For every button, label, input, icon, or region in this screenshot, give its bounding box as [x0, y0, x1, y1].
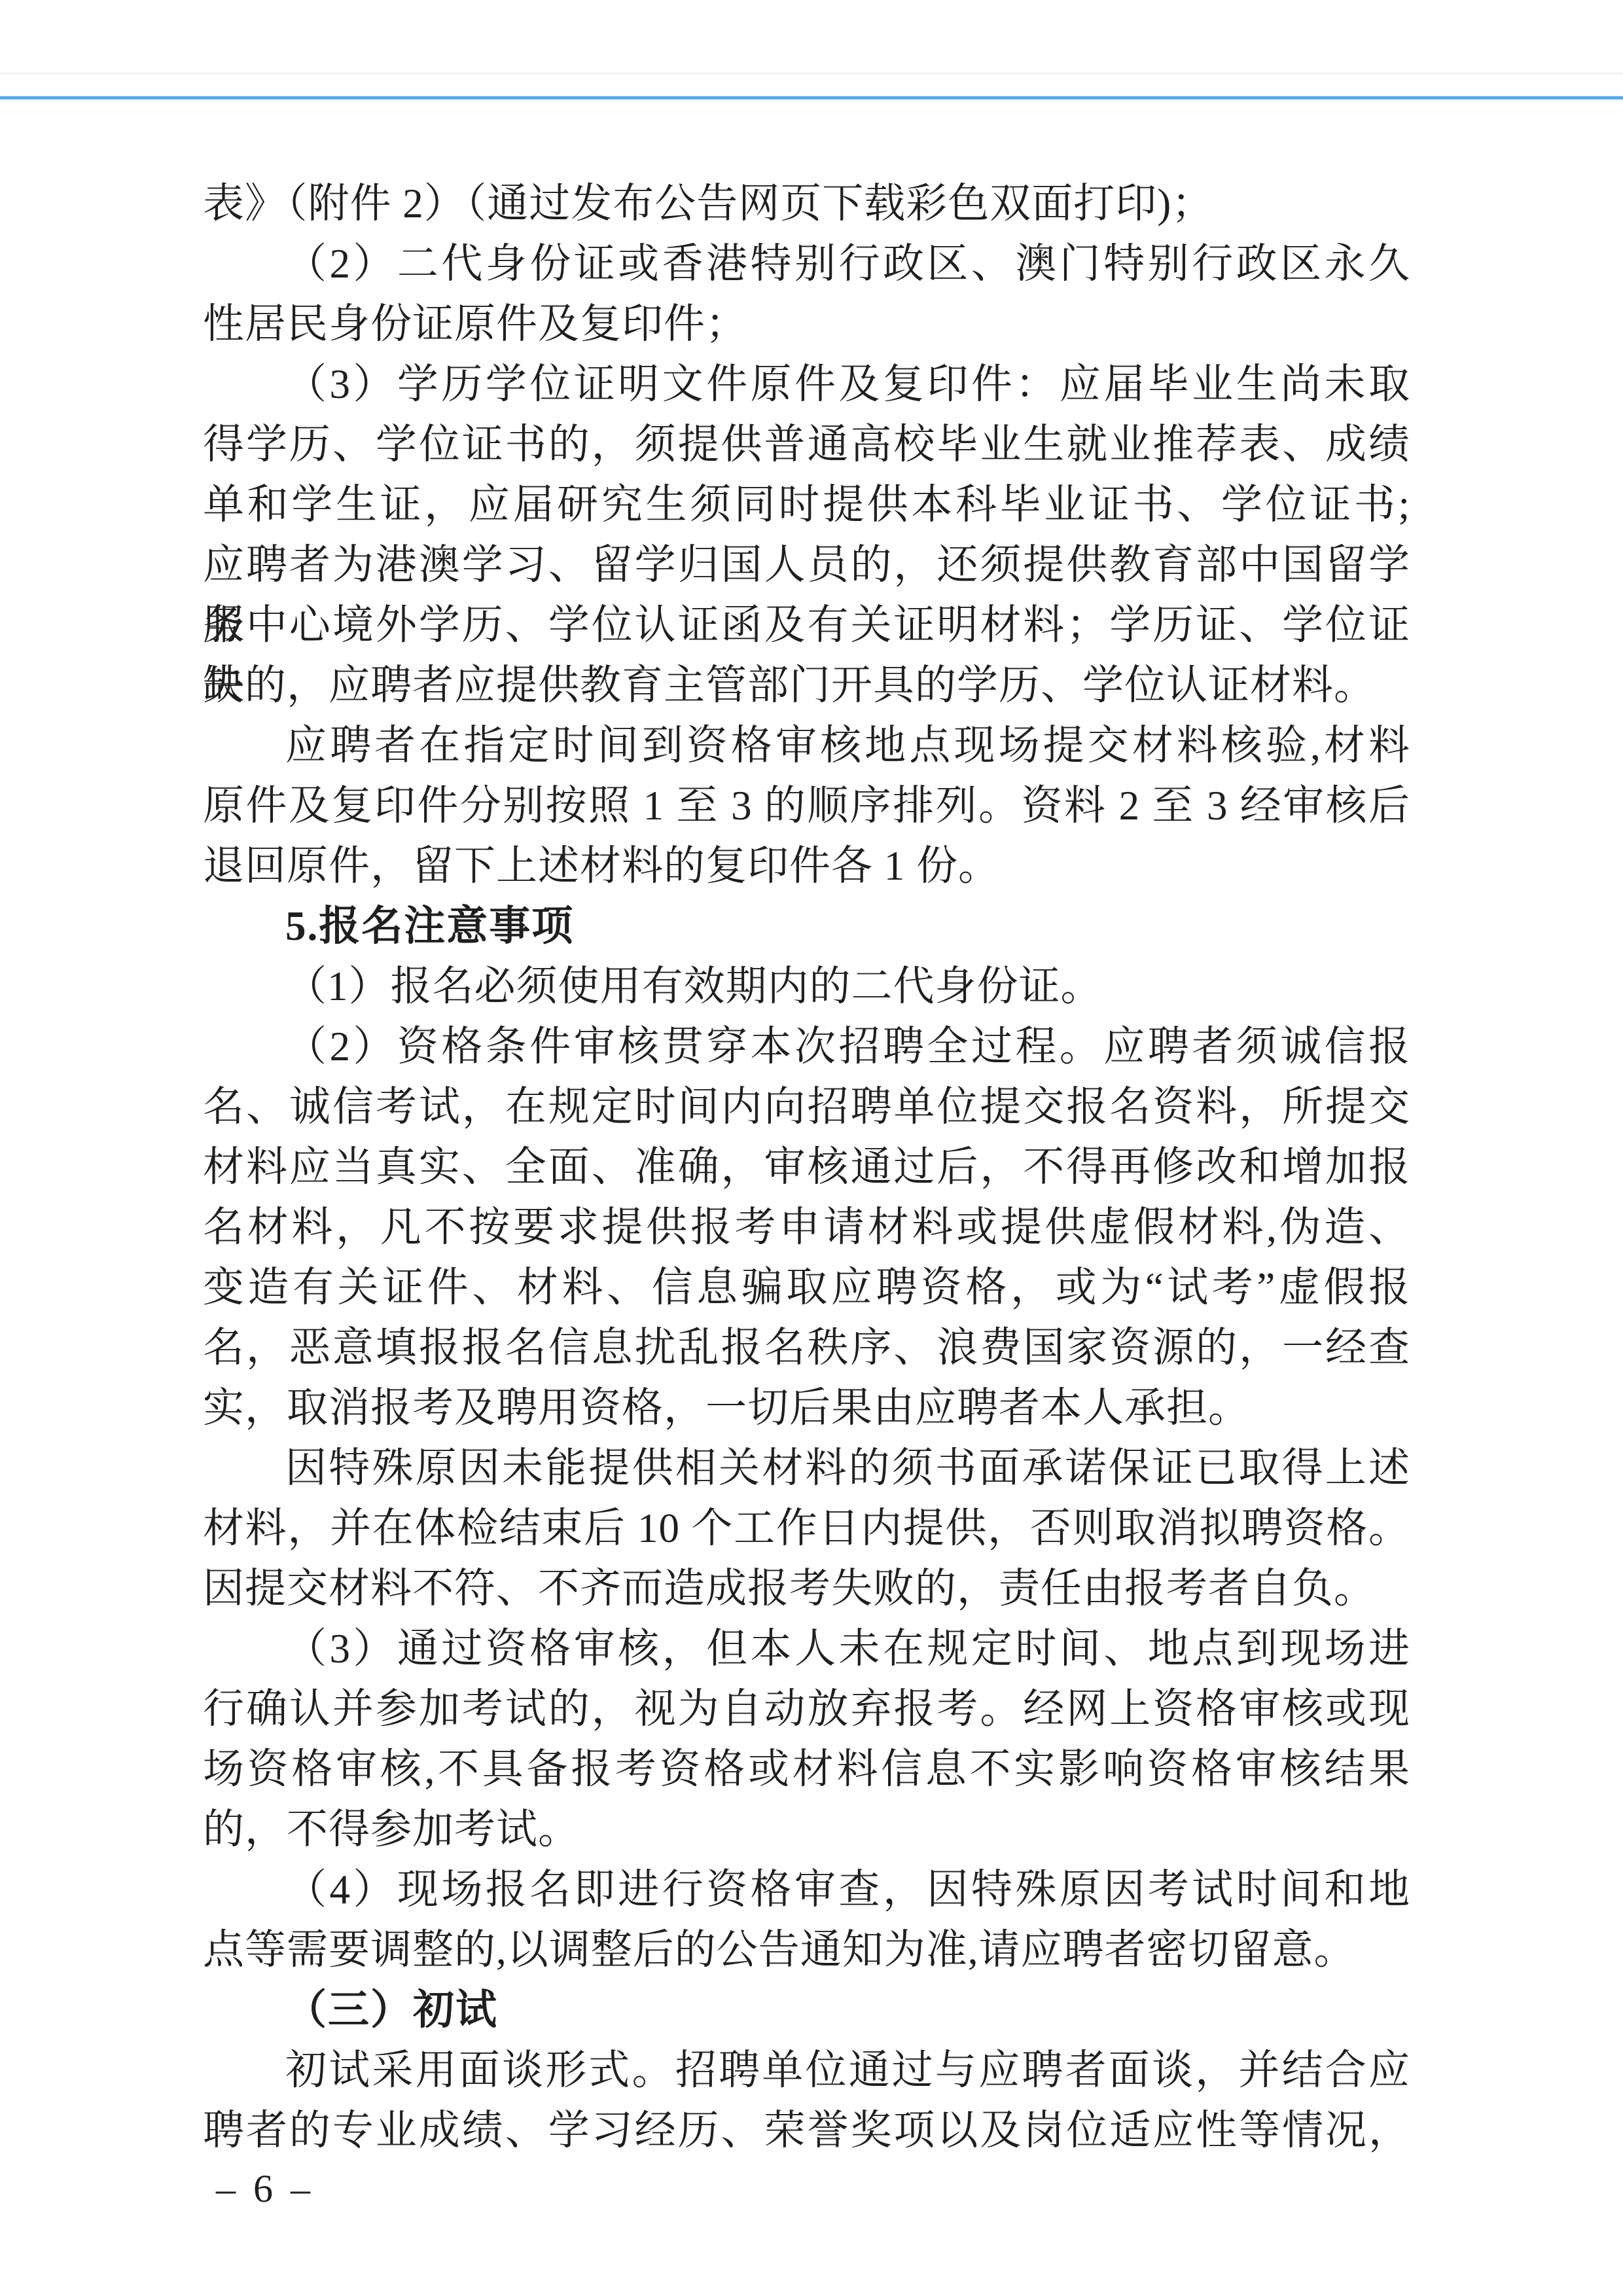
- section-heading: 5.报名注意事项: [203, 896, 1410, 956]
- paragraph: （2）资格条件审核贯穿本次招聘全过程。应聘者须诚信报名、诚信考试，在规定时间内向…: [203, 1016, 1410, 1438]
- document-page: 表》（附件 2）（通过发布公告网页下载彩色双面打印)；（2）二代身份证或香港特别…: [0, 0, 1623, 2296]
- text-line: （1）报名必须使用有效期内的二代身份证。: [203, 956, 1410, 1016]
- text-line: 材料应当真实、全面、准确，审核通过后，不得再修改和增加报: [203, 1137, 1410, 1197]
- paragraph: （1）报名必须使用有效期内的二代身份证。: [203, 956, 1410, 1016]
- text-line: 原件及复印件分别按照 1 至 3 的顺序排列。资料 2 至 3 经审核后: [203, 776, 1410, 836]
- text-line: （2）资格条件审核贯穿本次招聘全过程。应聘者须诚信报: [203, 1016, 1410, 1077]
- text-line: （3）通过资格审核，但本人未在规定时间、地点到现场进: [203, 1619, 1410, 1679]
- paragraph: 表》（附件 2）（通过发布公告网页下载彩色双面打印)；: [203, 173, 1410, 234]
- text-line: 应聘者为港澳学习、留学归国人员的，还须提供教育部中国留学服: [203, 535, 1410, 595]
- text-line: 得学历、学位证书的，须提供普通高校毕业生就业推荐表、成绩: [203, 414, 1410, 475]
- paragraph: 因特殊原因未能提供相关材料的须书面承诺保证已取得上述材料，并在体检结束后 10 …: [203, 1438, 1410, 1619]
- paragraph: （3）学历学位证明文件原件及复印件：应届毕业生尚未取得学历、学位证书的，须提供普…: [203, 354, 1410, 715]
- text-line: 初试采用面谈形式。招聘单位通过与应聘者面谈，并结合应: [203, 2040, 1410, 2100]
- page-number: – 6 –: [193, 2159, 337, 2219]
- text-line: 实，取消报考及聘用资格，一切后果由应聘者本人承担。: [203, 1378, 1410, 1438]
- text-line: 因提交材料不符、不齐而造成报考失败的，责任由报考者自负。: [203, 1558, 1410, 1619]
- paragraph: （4）现场报名即进行资格审查，因特殊原因考试时间和地点等需要调整的,以调整后的公…: [203, 1859, 1410, 1980]
- header-divider-line: [0, 96, 1623, 99]
- text-line: 聘者的专业成绩、学习经历、荣誉奖项以及岗位适应性等情况，: [203, 2100, 1410, 2161]
- text-line: 名材料，凡不按要求提供报考申请材料或提供虚假材料,伪造、: [203, 1197, 1410, 1257]
- text-line: 因特殊原因未能提供相关材料的须书面承诺保证已取得上述: [203, 1438, 1410, 1498]
- text-line: 场资格审核,不具备报考资格或材料信息不实影响资格审核结果: [203, 1739, 1410, 1799]
- text-line: 的，不得参加考试。: [203, 1799, 1410, 1859]
- document-body: 表》（附件 2）（通过发布公告网页下载彩色双面打印)；（2）二代身份证或香港特别…: [203, 173, 1410, 2161]
- text-line: 退回原件，留下上述材料的复印件各 1 份。: [203, 836, 1410, 896]
- text-line: 性居民身份证原件及复印件；: [203, 294, 1410, 354]
- text-line: 点等需要调整的,以调整后的公告通知为准,请应聘者密切留意。: [203, 1920, 1410, 1980]
- text-line: 单和学生证，应届研究生须同时提供本科毕业证书、学位证书;: [203, 475, 1410, 535]
- text-line: 应聘者在指定时间到资格审核地点现场提交材料核验,材料: [203, 715, 1410, 776]
- heading-line: 5.报名注意事项: [203, 896, 1410, 956]
- heading-line: （三）初试: [203, 1980, 1410, 2040]
- text-line: 名，恶意填报报名信息扰乱报名秩序、浪费国家资源的，一经查: [203, 1318, 1410, 1378]
- paragraph: （2）二代身份证或香港特别行政区、澳门特别行政区永久性居民身份证原件及复印件；: [203, 234, 1410, 354]
- text-line: 变造有关证件、材料、信息骗取应聘资格，或为“试考”虚假报: [203, 1257, 1410, 1318]
- section-heading: （三）初试: [203, 1980, 1410, 2040]
- text-line: （3）学历学位证明文件原件及复印件：应届毕业生尚未取: [203, 354, 1410, 414]
- text-line: 失的，应聘者应提供教育主管部门开具的学历、学位认证材料。: [203, 655, 1410, 715]
- text-line: （2）二代身份证或香港特别行政区、澳门特别行政区永久: [203, 234, 1410, 294]
- text-line: 表》（附件 2）（通过发布公告网页下载彩色双面打印)；: [203, 173, 1410, 234]
- scan-artifact-line: [0, 73, 1623, 74]
- paragraph: （3）通过资格审核，但本人未在规定时间、地点到现场进行确认并参加考试的，视为自动…: [203, 1619, 1410, 1859]
- text-line: 行确认并参加考试的，视为自动放弃报考。经网上资格审核或现: [203, 1679, 1410, 1739]
- text-line: 名、诚信考试，在规定时间内向招聘单位提交报名资料，所提交: [203, 1077, 1410, 1137]
- paragraph: 初试采用面谈形式。招聘单位通过与应聘者面谈，并结合应聘者的专业成绩、学习经历、荣…: [203, 2040, 1410, 2161]
- text-line: 材料，并在体检结束后 10 个工作日内提供，否则取消拟聘资格。: [203, 1498, 1410, 1558]
- text-line: 务中心境外学历、学位认证函及有关证明材料；学历证、学位证缺: [203, 595, 1410, 655]
- paragraph: 应聘者在指定时间到资格审核地点现场提交材料核验,材料原件及复印件分别按照 1 至…: [203, 715, 1410, 896]
- text-line: （4）现场报名即进行资格审查，因特殊原因考试时间和地: [203, 1859, 1410, 1920]
